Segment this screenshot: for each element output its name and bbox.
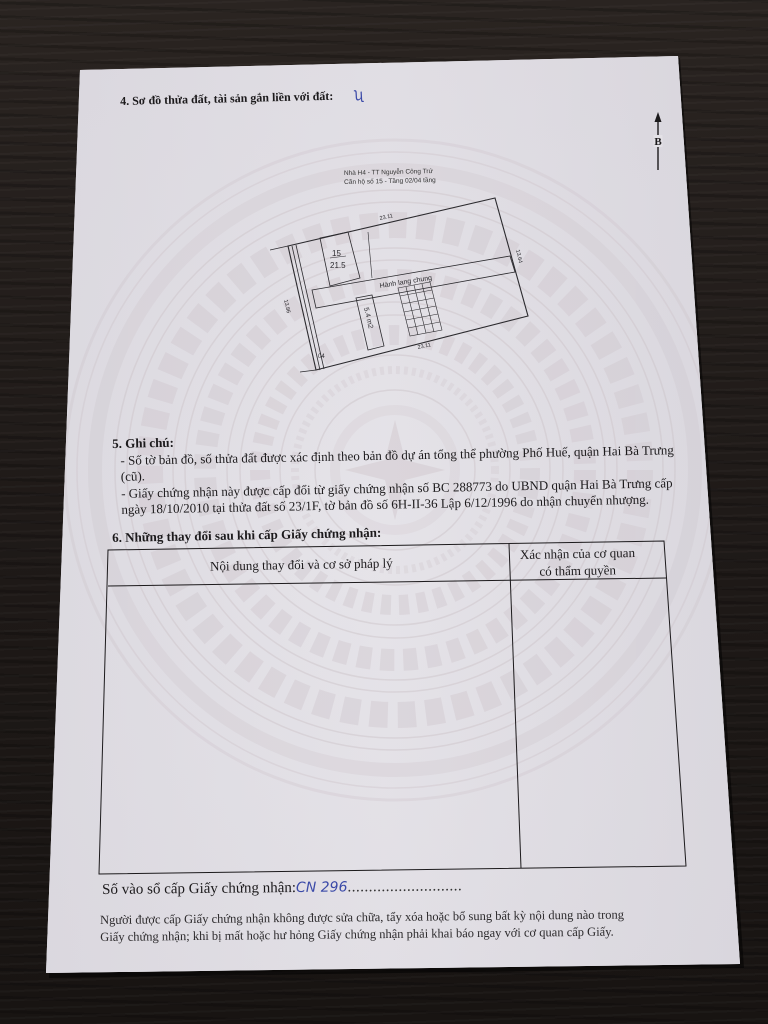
header-authority-line2: có thẩm quyền <box>520 561 635 580</box>
header-authority-line1: Xác nhận của cơ quan <box>520 544 635 563</box>
certificate-content: 4. Sơ đồ thửa đất, tài sản gắn liền với … <box>0 0 768 1024</box>
table-header-authority: Xác nhận của cơ quan có thẩm quyền <box>520 544 636 580</box>
changes-table <box>0 0 768 1024</box>
registration-value: CN 296 <box>296 879 348 896</box>
registration-dots: ........................... <box>347 878 462 895</box>
table-header-content: Nội dung thay đổi và cơ sở pháp lý <box>210 555 393 574</box>
registration-label: Số vào sổ cấp Giấy chứng nhận: <box>102 880 296 898</box>
warning-notice: Người được cấp Giấy chứng nhận không đượ… <box>100 907 624 946</box>
